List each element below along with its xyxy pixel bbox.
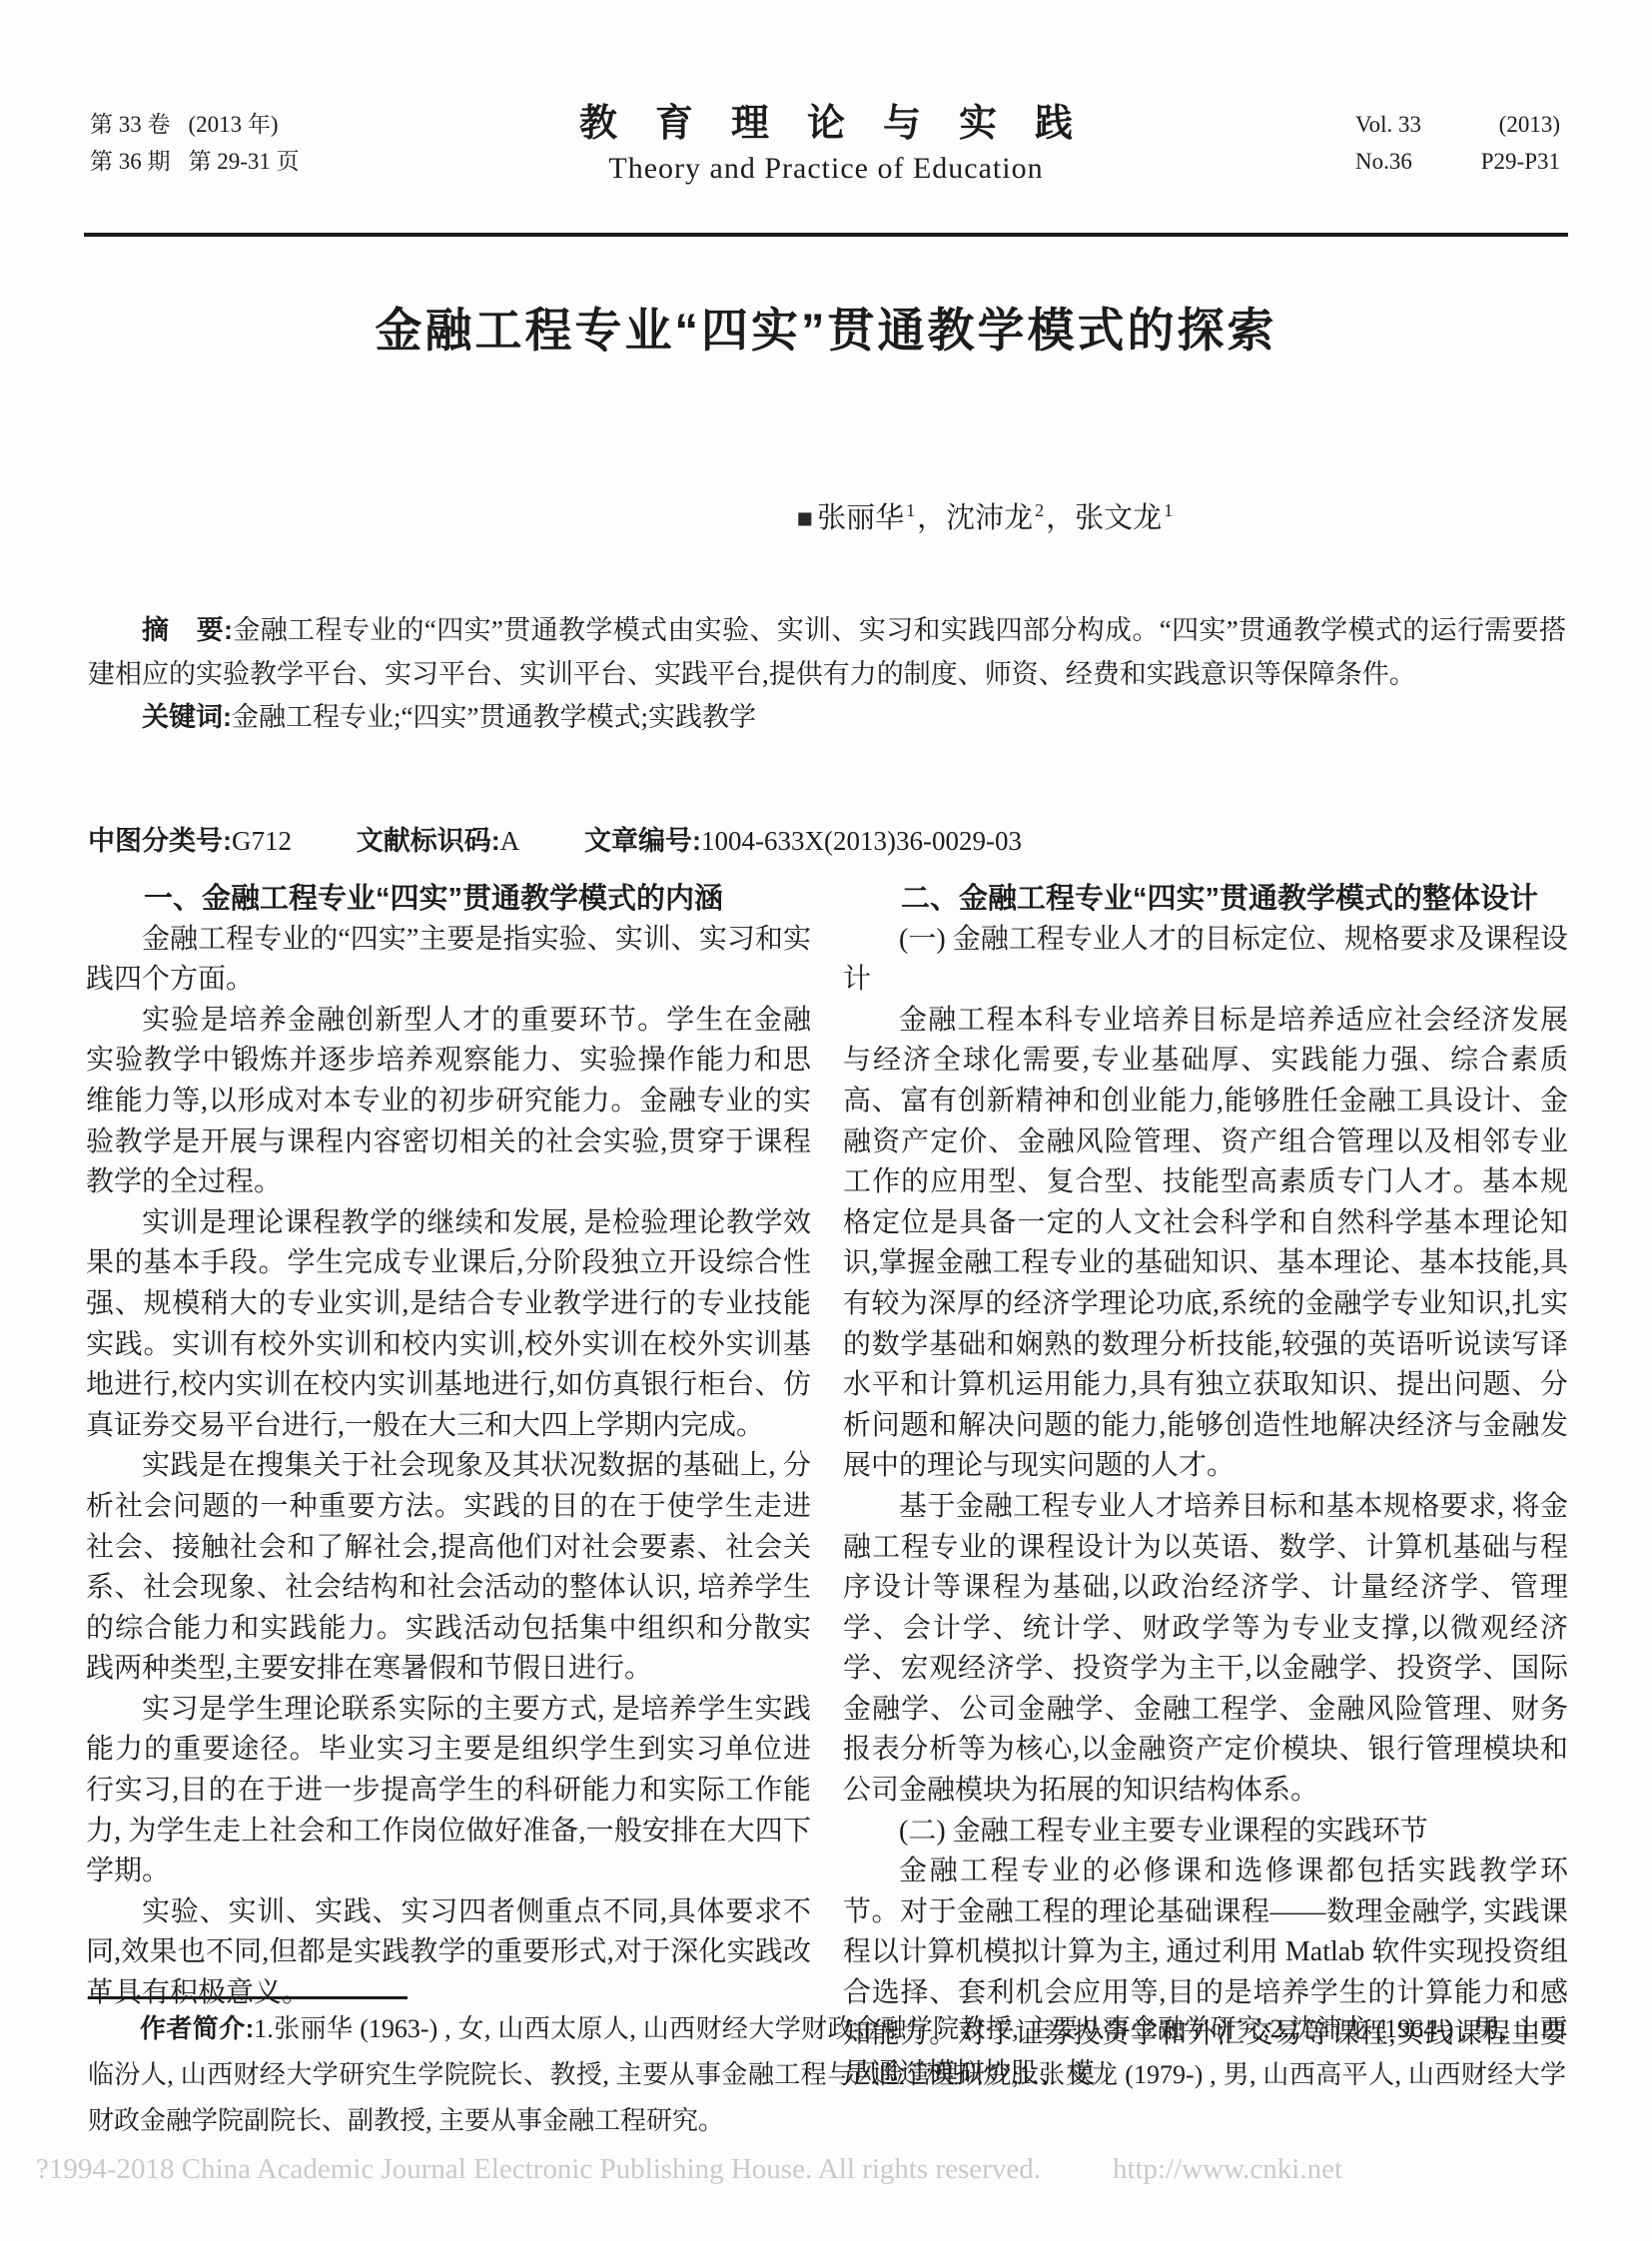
clc-group: 中图分类号:G712 — [88, 826, 292, 856]
section-1-paragraph: 实验是培养金融创新型人才的重要环节。学生在金融实验教学中锻炼并逐步培养观察能力、… — [86, 1001, 811, 1203]
doc-code-group: 文献标识码:A — [357, 826, 520, 856]
abstract-text: 金融工程专业的“四实”贯通教学模式由实验、实训、实习和实践四部分构成。“四实”贯… — [88, 615, 1566, 689]
clc-label: 中图分类号: — [88, 826, 232, 856]
section-1-paragraph: 实训是理论课程教学的继续和发展, 是检验理论教学效果的基本手段。学生完成专业课后… — [86, 1203, 811, 1447]
section-2-paragraph: 基于金融工程专业人才培养目标和基本规格要求, 将金融工程专业的课程设计为以英语、… — [843, 1487, 1568, 1812]
author-3-name: 张文龙 — [1075, 502, 1162, 534]
section-1-paragraph: 实习是学生理论联系实际的主要方式, 是培养学生实践能力的重要途径。毕业实习主要是… — [86, 1690, 811, 1892]
classification-line: 中图分类号:G712 文献标识码:A 文章编号:1004-633X(2013)3… — [88, 819, 1080, 858]
article-no-group: 文章编号:1004-633X(2013)36-0029-03 — [584, 826, 1022, 856]
author-line: ■张丽华1，沈沛龙2，张文龙1 — [320, 495, 1652, 536]
article-no-value: 1004-633X(2013)36-0029-03 — [701, 826, 1022, 856]
scan-footer: ?1994-2018 China Academic Journal Electr… — [36, 2153, 1616, 2186]
cnki-url: http://www.cnki.net — [1113, 2153, 1342, 2186]
author-bio-text: 1.张丽华 (1963-) , 女, 山西太原人, 山西财经大学财政金融学院教授… — [88, 2014, 1566, 2135]
footnote-divider — [88, 1996, 408, 1999]
author-2-name: 沈沛龙 — [946, 502, 1033, 534]
author-separator: ， — [1046, 502, 1075, 534]
article-body: 一、金融工程专业“四实”贯通教学模式的内涵 金融工程专业的“四实”主要是指实验、… — [86, 879, 1568, 2095]
journal-page: 第 33 卷 (2013 年) 第 36 期 第 29-31 页 教育理论与实践… — [0, 0, 1652, 2241]
article-no-label: 文章编号: — [584, 826, 701, 856]
section-2-heading: 二、金融工程专业“四实”贯通教学模式的整体设计 — [843, 879, 1568, 920]
left-column: 一、金融工程专业“四实”贯通教学模式的内涵 金融工程专业的“四实”主要是指实验、… — [86, 879, 811, 2095]
abstract-block: 摘 要:金融工程专业的“四实”贯通教学模式由实验、实训、实习和实践四部分构成。“… — [88, 609, 1566, 740]
doc-code-label: 文献标识码: — [357, 826, 500, 856]
masthead-divider — [84, 233, 1568, 237]
abstract-label: 摘 要: — [142, 615, 233, 645]
copyright-text: ?1994-2018 China Academic Journal Electr… — [36, 2153, 1041, 2186]
keywords-paragraph: 关键词:金融工程专业;“四实”贯通教学模式;实践教学 — [88, 696, 1566, 740]
author-3-affiliation-sup: 1 — [1164, 500, 1173, 520]
author-1-affiliation-sup: 1 — [906, 500, 915, 520]
author-bio-footnote: 作者简介:1.张丽华 (1963-) , 女, 山西太原人, 山西财经大学财政金… — [88, 2005, 1566, 2144]
volume-en: Vol. 33 — [1355, 106, 1421, 143]
author-1-name: 张丽华 — [817, 502, 904, 534]
issue-en: No.36 — [1355, 143, 1412, 180]
section-1-paragraph: 金融工程专业的“四实”主要是指实验、实训、实习和实践四个方面。 — [86, 920, 811, 1001]
keywords-text: 金融工程专业;“四实”贯通教学模式;实践教学 — [232, 702, 756, 732]
article-title: 金融工程专业“四实”贯通教学模式的探索 — [0, 294, 1652, 361]
author-separator: ， — [917, 502, 946, 534]
keywords-label: 关键词: — [142, 702, 232, 732]
author-bio-label: 作者简介: — [140, 2013, 254, 2043]
abstract-paragraph: 摘 要:金融工程专业的“四实”贯通教学模式由实验、实训、实习和实践四部分构成。“… — [88, 609, 1566, 696]
section-1-paragraph: 实践是在搜集关于社会现象及其状况数据的基础上, 分析社会问题的一种重要方法。实践… — [86, 1446, 811, 1690]
author-marker-icon: ■ — [797, 503, 813, 533]
pages-en: P29-P31 — [1481, 143, 1560, 180]
author-2-affiliation-sup: 2 — [1035, 500, 1044, 520]
year-en: (2013) — [1499, 106, 1560, 143]
section-2-subhead-1: (一) 金融工程专业人才的目标定位、规格要求及课程设计 — [843, 920, 1568, 1001]
right-column: 二、金融工程专业“四实”贯通教学模式的整体设计 (一) 金融工程专业人才的目标定… — [843, 879, 1568, 2095]
clc-value: G712 — [232, 826, 292, 856]
section-2-paragraph: 金融工程本科专业培养目标是培养适应社会经济发展与经济全球化需要,专业基础厚、实践… — [843, 1001, 1568, 1487]
section-2-subhead-2: (二) 金融工程专业主要专业课程的实践环节 — [843, 1812, 1568, 1853]
issue-info-right: Vol. 33 (2013) No.36 P29-P31 — [1355, 106, 1560, 180]
section-1-heading: 一、金融工程专业“四实”贯通教学模式的内涵 — [86, 879, 811, 920]
doc-code-value: A — [500, 826, 520, 856]
author-bio-paragraph: 作者简介:1.张丽华 (1963-) , 女, 山西太原人, 山西财经大学财政金… — [88, 2005, 1566, 2144]
